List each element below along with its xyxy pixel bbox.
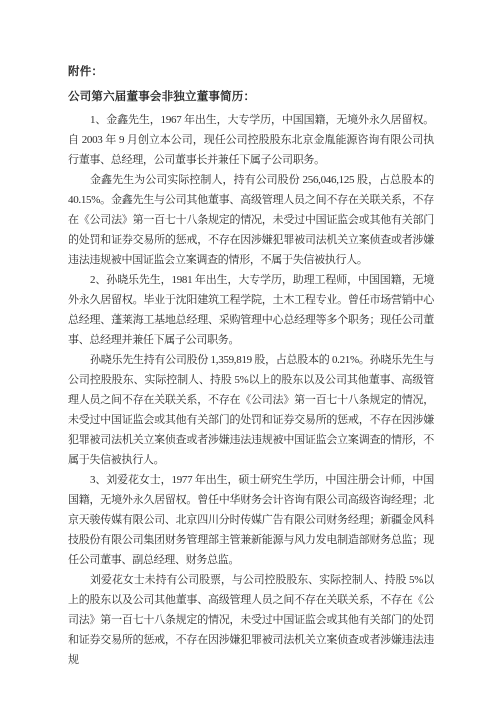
paragraph-sunxiaole-shareholding: 孙晓乐先生持有公司股份 1,359,819 股，占总股本的 0.21%。孙晓乐先…: [68, 350, 434, 470]
paragraph-liuaihua-bio: 3、刘爱花女士，1977 年出生，硕士研究生学历，中国注册会计师，中国国籍，无境…: [68, 470, 434, 570]
document-page: 附件： 公司第六届董事会非独立董事简历： 1、金鑫先生，1967 年出生，大专学…: [0, 0, 500, 707]
paragraph-sunxiaole-bio: 2、孙晓乐先生，1981 年出生，大专学历，助理工程师，中国国籍，无境外永久居留…: [68, 270, 434, 350]
paragraph-liuaihua-shareholding: 刘爱花女士未持有公司股票，与公司控股股东、实际控制人、持股 5%以上的股东以及公…: [68, 570, 434, 670]
attachment-label: 附件：: [68, 62, 434, 82]
document-title: 公司第六届董事会非独立董事简历：: [68, 87, 434, 107]
paragraph-jinxin-bio: 1、金鑫先生，1967 年出生，大专学历，中国国籍，无境外永久居留权。自 200…: [68, 110, 434, 170]
paragraph-jinxin-shareholding: 金鑫先生为公司实际控制人，持有公司股份 256,046,125 股，占总股本的 …: [68, 170, 434, 270]
